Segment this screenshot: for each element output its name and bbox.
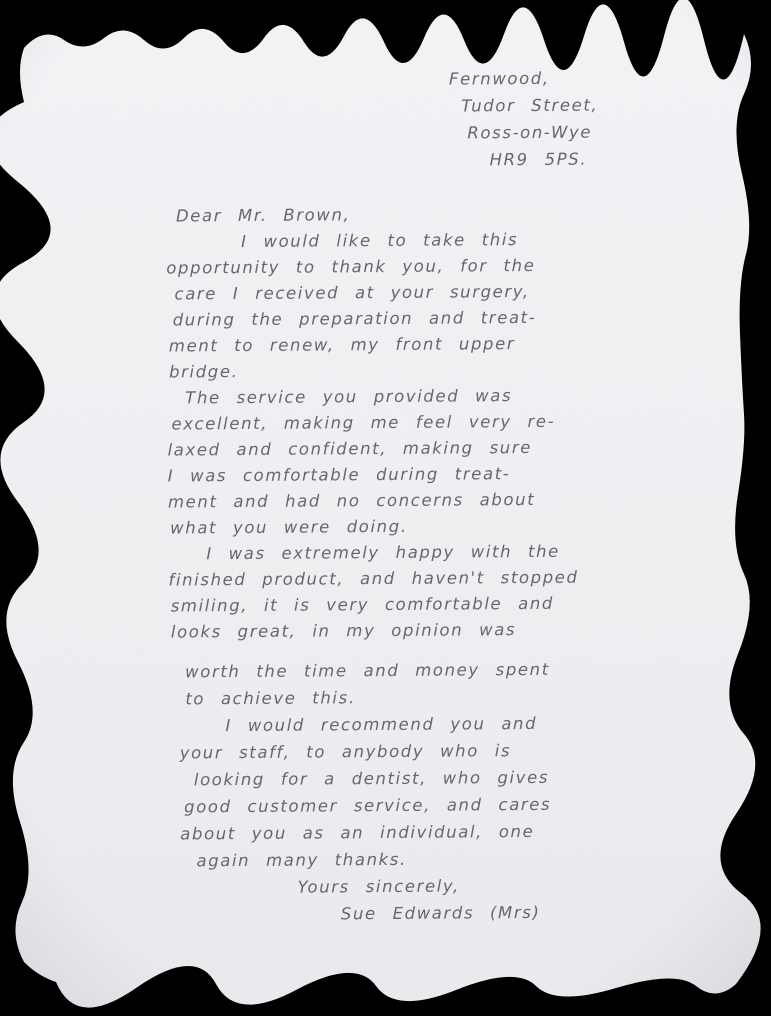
letter-line: again many thanks. <box>196 844 670 874</box>
letter-line: care I received at your surgery, <box>174 278 666 307</box>
letter-line: looks great, in my opinion was <box>171 616 669 645</box>
letter-line: bridge. <box>169 356 667 385</box>
letter-line: about you as an individual, one <box>180 817 670 847</box>
letter-line: ment and had no concerns about <box>168 486 668 515</box>
address-line: Ross-on-Wye <box>467 119 598 147</box>
letter-line: worth the time and money spent <box>185 655 669 685</box>
letter-line: finished product, and haven't stopped <box>168 564 668 593</box>
letter-line: I was extremely happy with the <box>206 538 668 567</box>
letter-line: smiling, it is very comfortable and <box>171 590 669 619</box>
letter-line: what you were doing. <box>170 512 668 541</box>
letter-closing: Yours sincerely, Sue Edwards (Mrs) <box>171 871 671 928</box>
letter-line: ment to renew, my front upper <box>169 330 667 359</box>
letter-line: during the preparation and treat- <box>173 304 667 333</box>
letter-line: I would recommend you and <box>225 709 669 739</box>
letter-line: looking for a dentist, who gives <box>194 763 670 793</box>
letter-line: The service you provided was <box>185 382 667 411</box>
letter-line: I was comfortable during treat- <box>168 460 668 489</box>
salutation: Dear Mr. Brown, <box>176 200 666 229</box>
letter-line: I would like to take this <box>241 226 666 255</box>
letter-line: laxed and confident, making sure <box>168 434 668 463</box>
letter-line: excellent, making me feel very re- <box>171 408 667 437</box>
letter-body-lower: worth the time and money spent to achiev… <box>169 655 670 874</box>
letter-body-upper: Dear Mr. Brown, I would like to take thi… <box>166 200 669 645</box>
scan-background: Fernwood, Tudor Street, Ross-on-Wye HR9 … <box>0 0 771 1016</box>
address-line: HR9 5PS. <box>489 146 598 174</box>
letter-line: your staff, to anybody who is <box>180 736 670 766</box>
letter-line: opportunity to thank you, for the <box>166 252 666 281</box>
closing: Yours sincerely, <box>298 871 671 901</box>
handwritten-letter: Fernwood, Tudor Street, Ross-on-Wye HR9 … <box>0 0 771 1016</box>
address-line: Tudor Street, <box>461 92 598 120</box>
letter-line: to achieve this. <box>185 682 669 712</box>
letter-line: good customer service, and cares <box>184 790 670 820</box>
signature: Sue Edwards (Mrs) <box>341 898 671 927</box>
sender-address: Fernwood, Tudor Street, Ross-on-Wye HR9 … <box>449 65 599 174</box>
address-line: Fernwood, <box>449 65 598 93</box>
